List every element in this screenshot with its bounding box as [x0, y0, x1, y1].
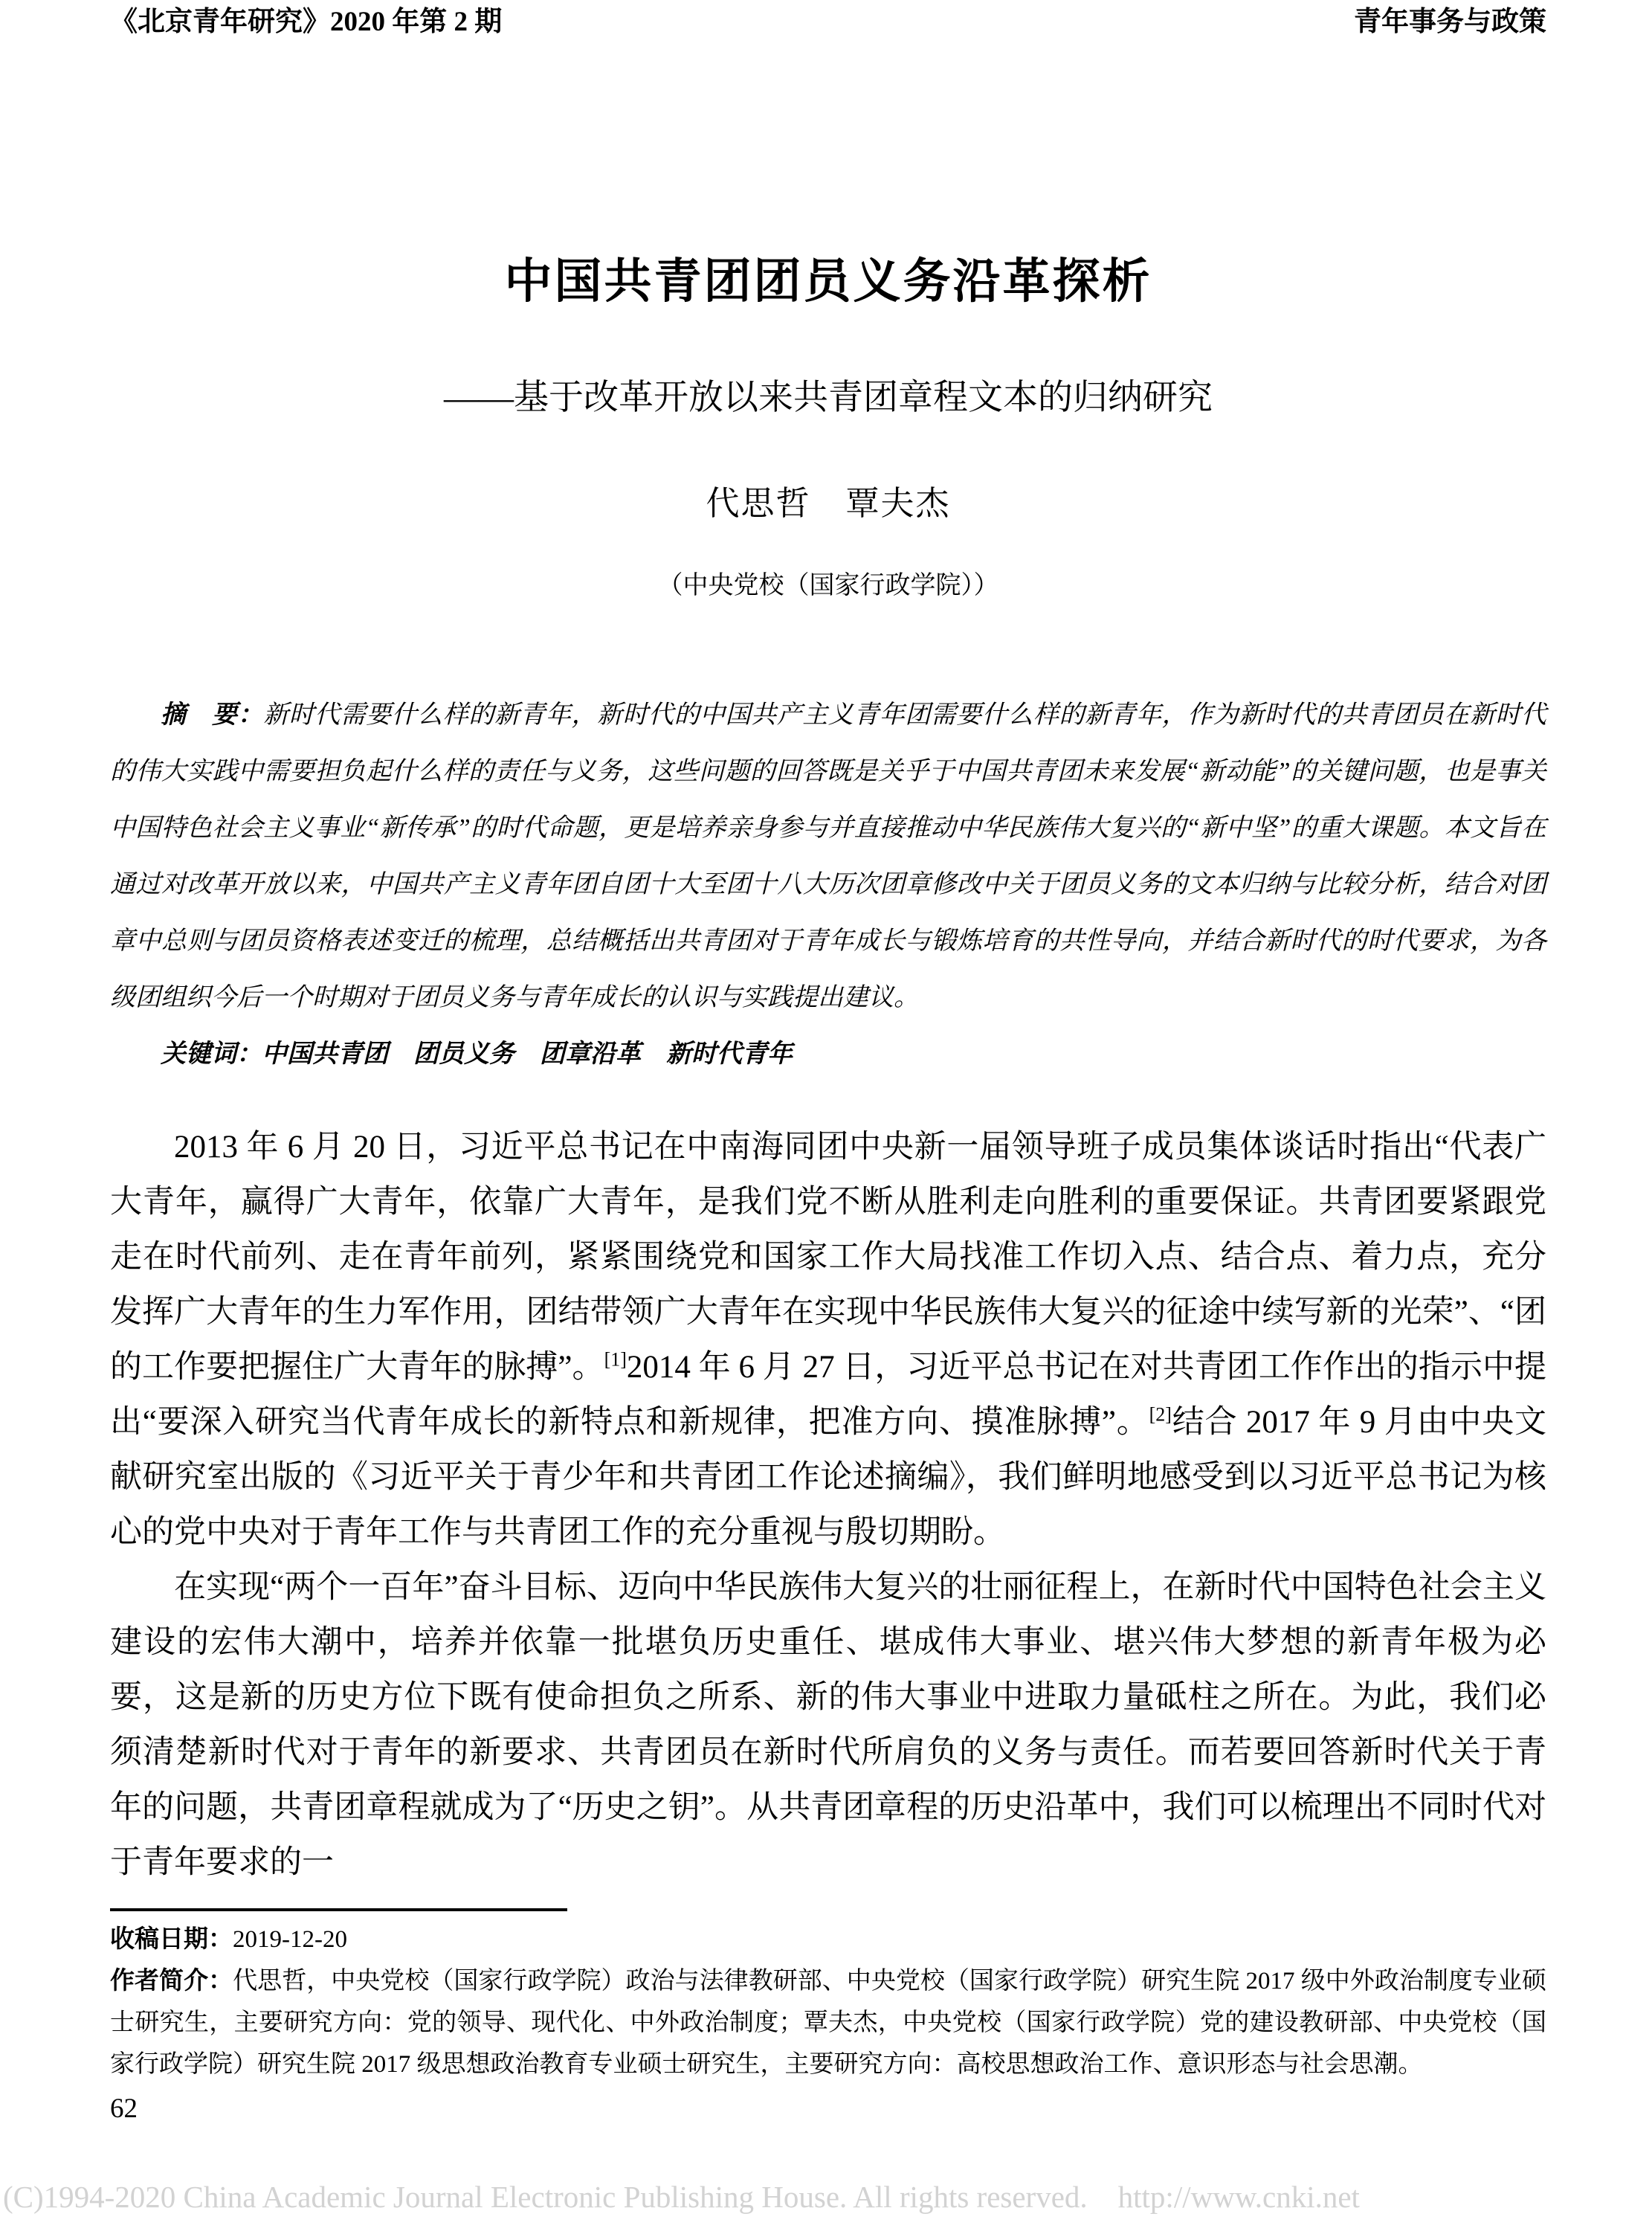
keywords: 关键词：中国共青团 团员义务 团章沿革 新时代青年 [110, 1026, 1546, 1083]
cnki-watermark: (C)1994-2020 China Academic Journal Elec… [3, 2179, 1360, 2215]
received-date-value: 2019-12-20 [233, 1926, 347, 1953]
footnote-block: 收稿日期：2019-12-20 作者简介：代思哲，中央党校（国家行政学院）政治与… [110, 1919, 1546, 2085]
citation-ref-1: [1] [604, 1349, 627, 1371]
article-title: 中国共青团团员义务沿革探析 [110, 254, 1546, 309]
author-bio-line: 作者简介：代思哲，中央党校（国家行政学院）政治与法律教研部、中央党校（国家行政学… [110, 1960, 1546, 2085]
footnote-divider [110, 1908, 567, 1911]
body-p1-segment-1: 2013 年 6 月 20 日，习近平总书记在中南海同团中央新一届领导班子成员集… [110, 1130, 1546, 1385]
article-subtitle: ——基于改革开放以来共青团章程文本的归纳研究 [110, 378, 1546, 419]
author-bio-text: 代思哲，中央党校（国家行政学院）政治与法律教研部、中央党校（国家行政学院）研究生… [110, 1968, 1546, 2078]
article-body: 2013 年 6 月 20 日，习近平总书记在中南海同团中央新一届领导班子成员集… [110, 1120, 1546, 1890]
received-date-line: 收稿日期：2019-12-20 [110, 1919, 1546, 1960]
body-paragraph-2: 在实现“两个一百年”奋斗目标、迈向中华民族伟大复兴的壮丽征程上，在新时代中国特色… [110, 1560, 1546, 1890]
citation-ref-2: [2] [1149, 1404, 1172, 1426]
affiliation: （中央党校（国家行政学院）） [110, 571, 1546, 601]
author-bio-label: 作者简介： [110, 1968, 233, 1995]
journal-issue-label: 《北京青年研究》2020 年第 2 期 [110, 4, 502, 40]
keywords-label: 关键词： [161, 1040, 262, 1068]
section-label: 青年事务与政策 [1354, 4, 1546, 40]
authors: 代思哲 覃夫杰 [110, 484, 1546, 524]
running-head: 《北京青年研究》2020 年第 2 期 青年事务与政策 [110, 0, 1546, 40]
body-paragraph-1: 2013 年 6 月 20 日，习近平总书记在中南海同团中央新一届领导班子成员集… [110, 1120, 1546, 1560]
journal-page: 《北京青年研究》2020 年第 2 期 青年事务与政策 中国共青团团员义务沿革探… [0, 0, 1652, 2234]
page-number: 62 [110, 2093, 1546, 2125]
keywords-text: 中国共青团 团员义务 团章沿革 新时代青年 [262, 1040, 793, 1068]
abstract-label: 摘 要： [161, 701, 263, 729]
received-date-label: 收稿日期： [110, 1926, 233, 1953]
abstract-text: 新时代需要什么样的新青年，新时代的中国共产主义青年团需要什么样的新青年，作为新时… [110, 701, 1546, 1011]
abstract: 摘 要：新时代需要什么样的新青年，新时代的中国共产主义青年团需要什么样的新青年，… [110, 687, 1546, 1026]
